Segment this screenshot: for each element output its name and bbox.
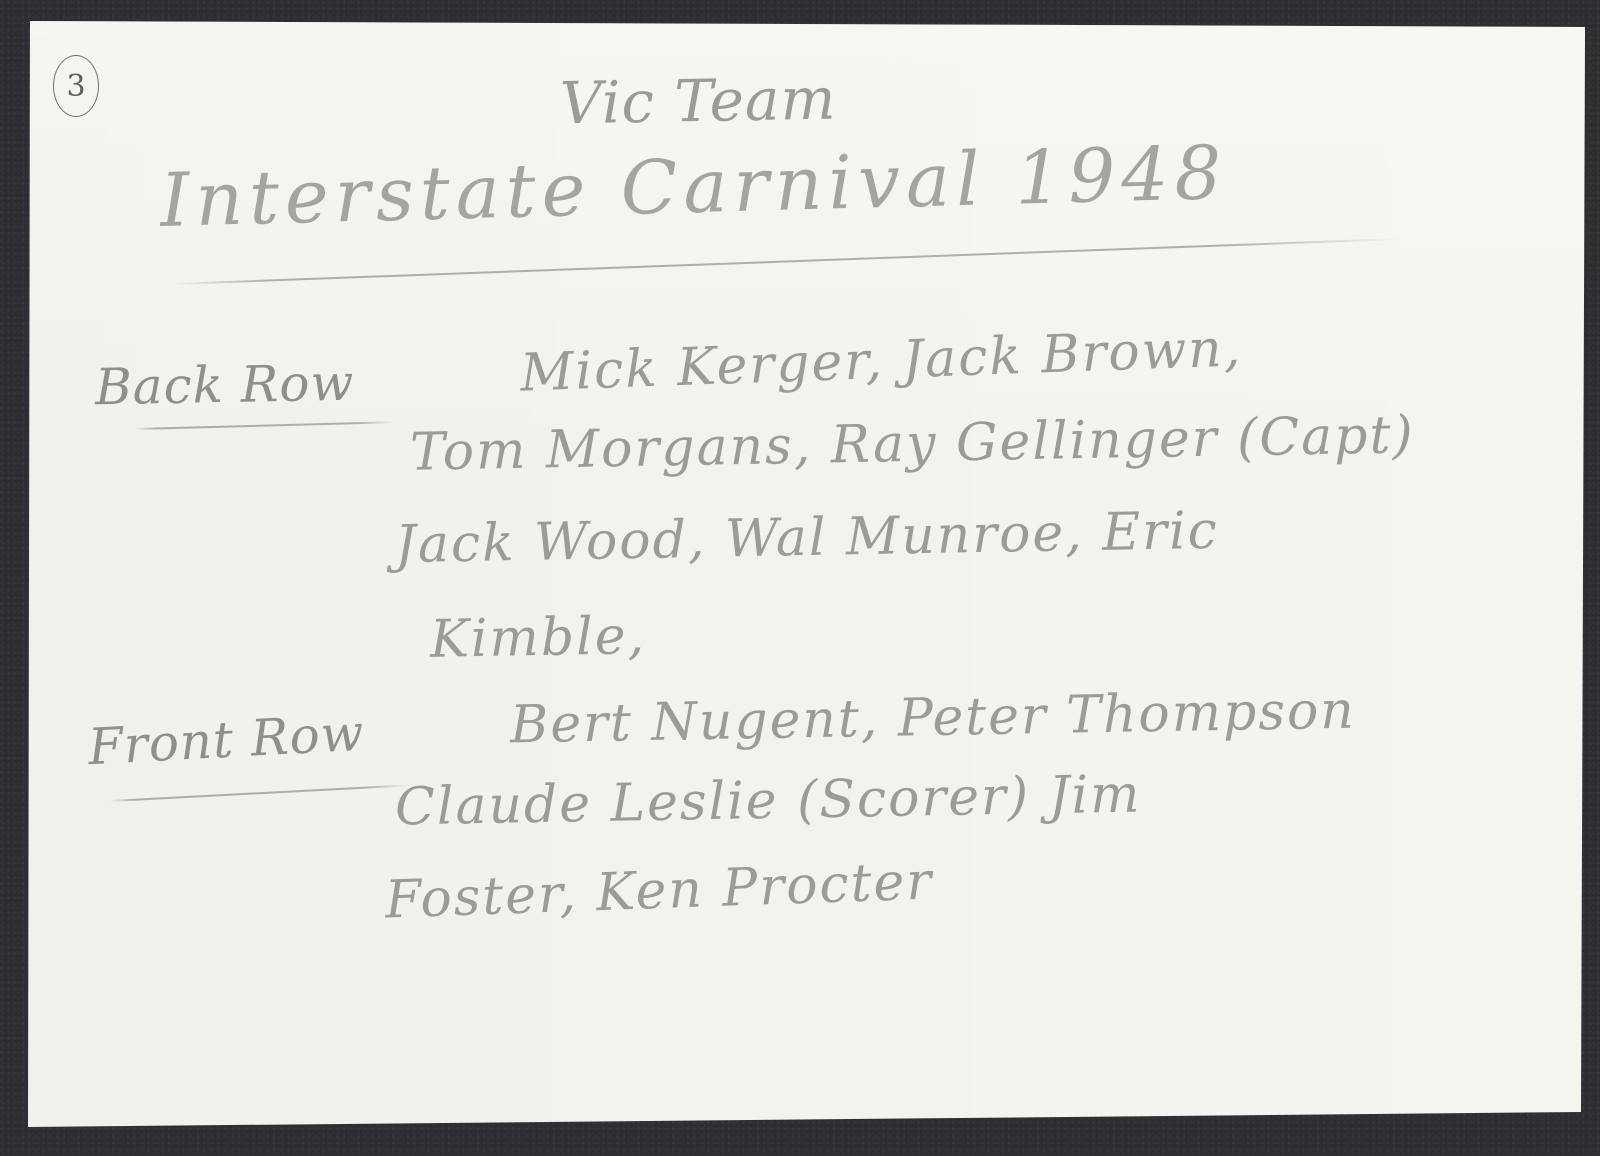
back-row-line-4: Kimble, bbox=[430, 610, 647, 666]
handwritten-card: 3 Vic Team Interstate Carnival 1948 Back… bbox=[0, 0, 1600, 1156]
card-number: 3 bbox=[66, 69, 85, 104]
front-row-line-2: Claude Leslie (Scorer) Jim bbox=[395, 768, 1142, 833]
back-row-line-3: Jack Wood, Wal Munroe, Eric bbox=[395, 505, 1220, 571]
front-row-label: Front Row bbox=[87, 708, 366, 772]
front-row-line-1: Bert Nugent, Peter Thompson bbox=[510, 685, 1357, 752]
circled-number: 3 bbox=[53, 55, 99, 117]
back-row-label: Back Row bbox=[95, 358, 355, 413]
title-team: Vic Team bbox=[560, 70, 837, 133]
